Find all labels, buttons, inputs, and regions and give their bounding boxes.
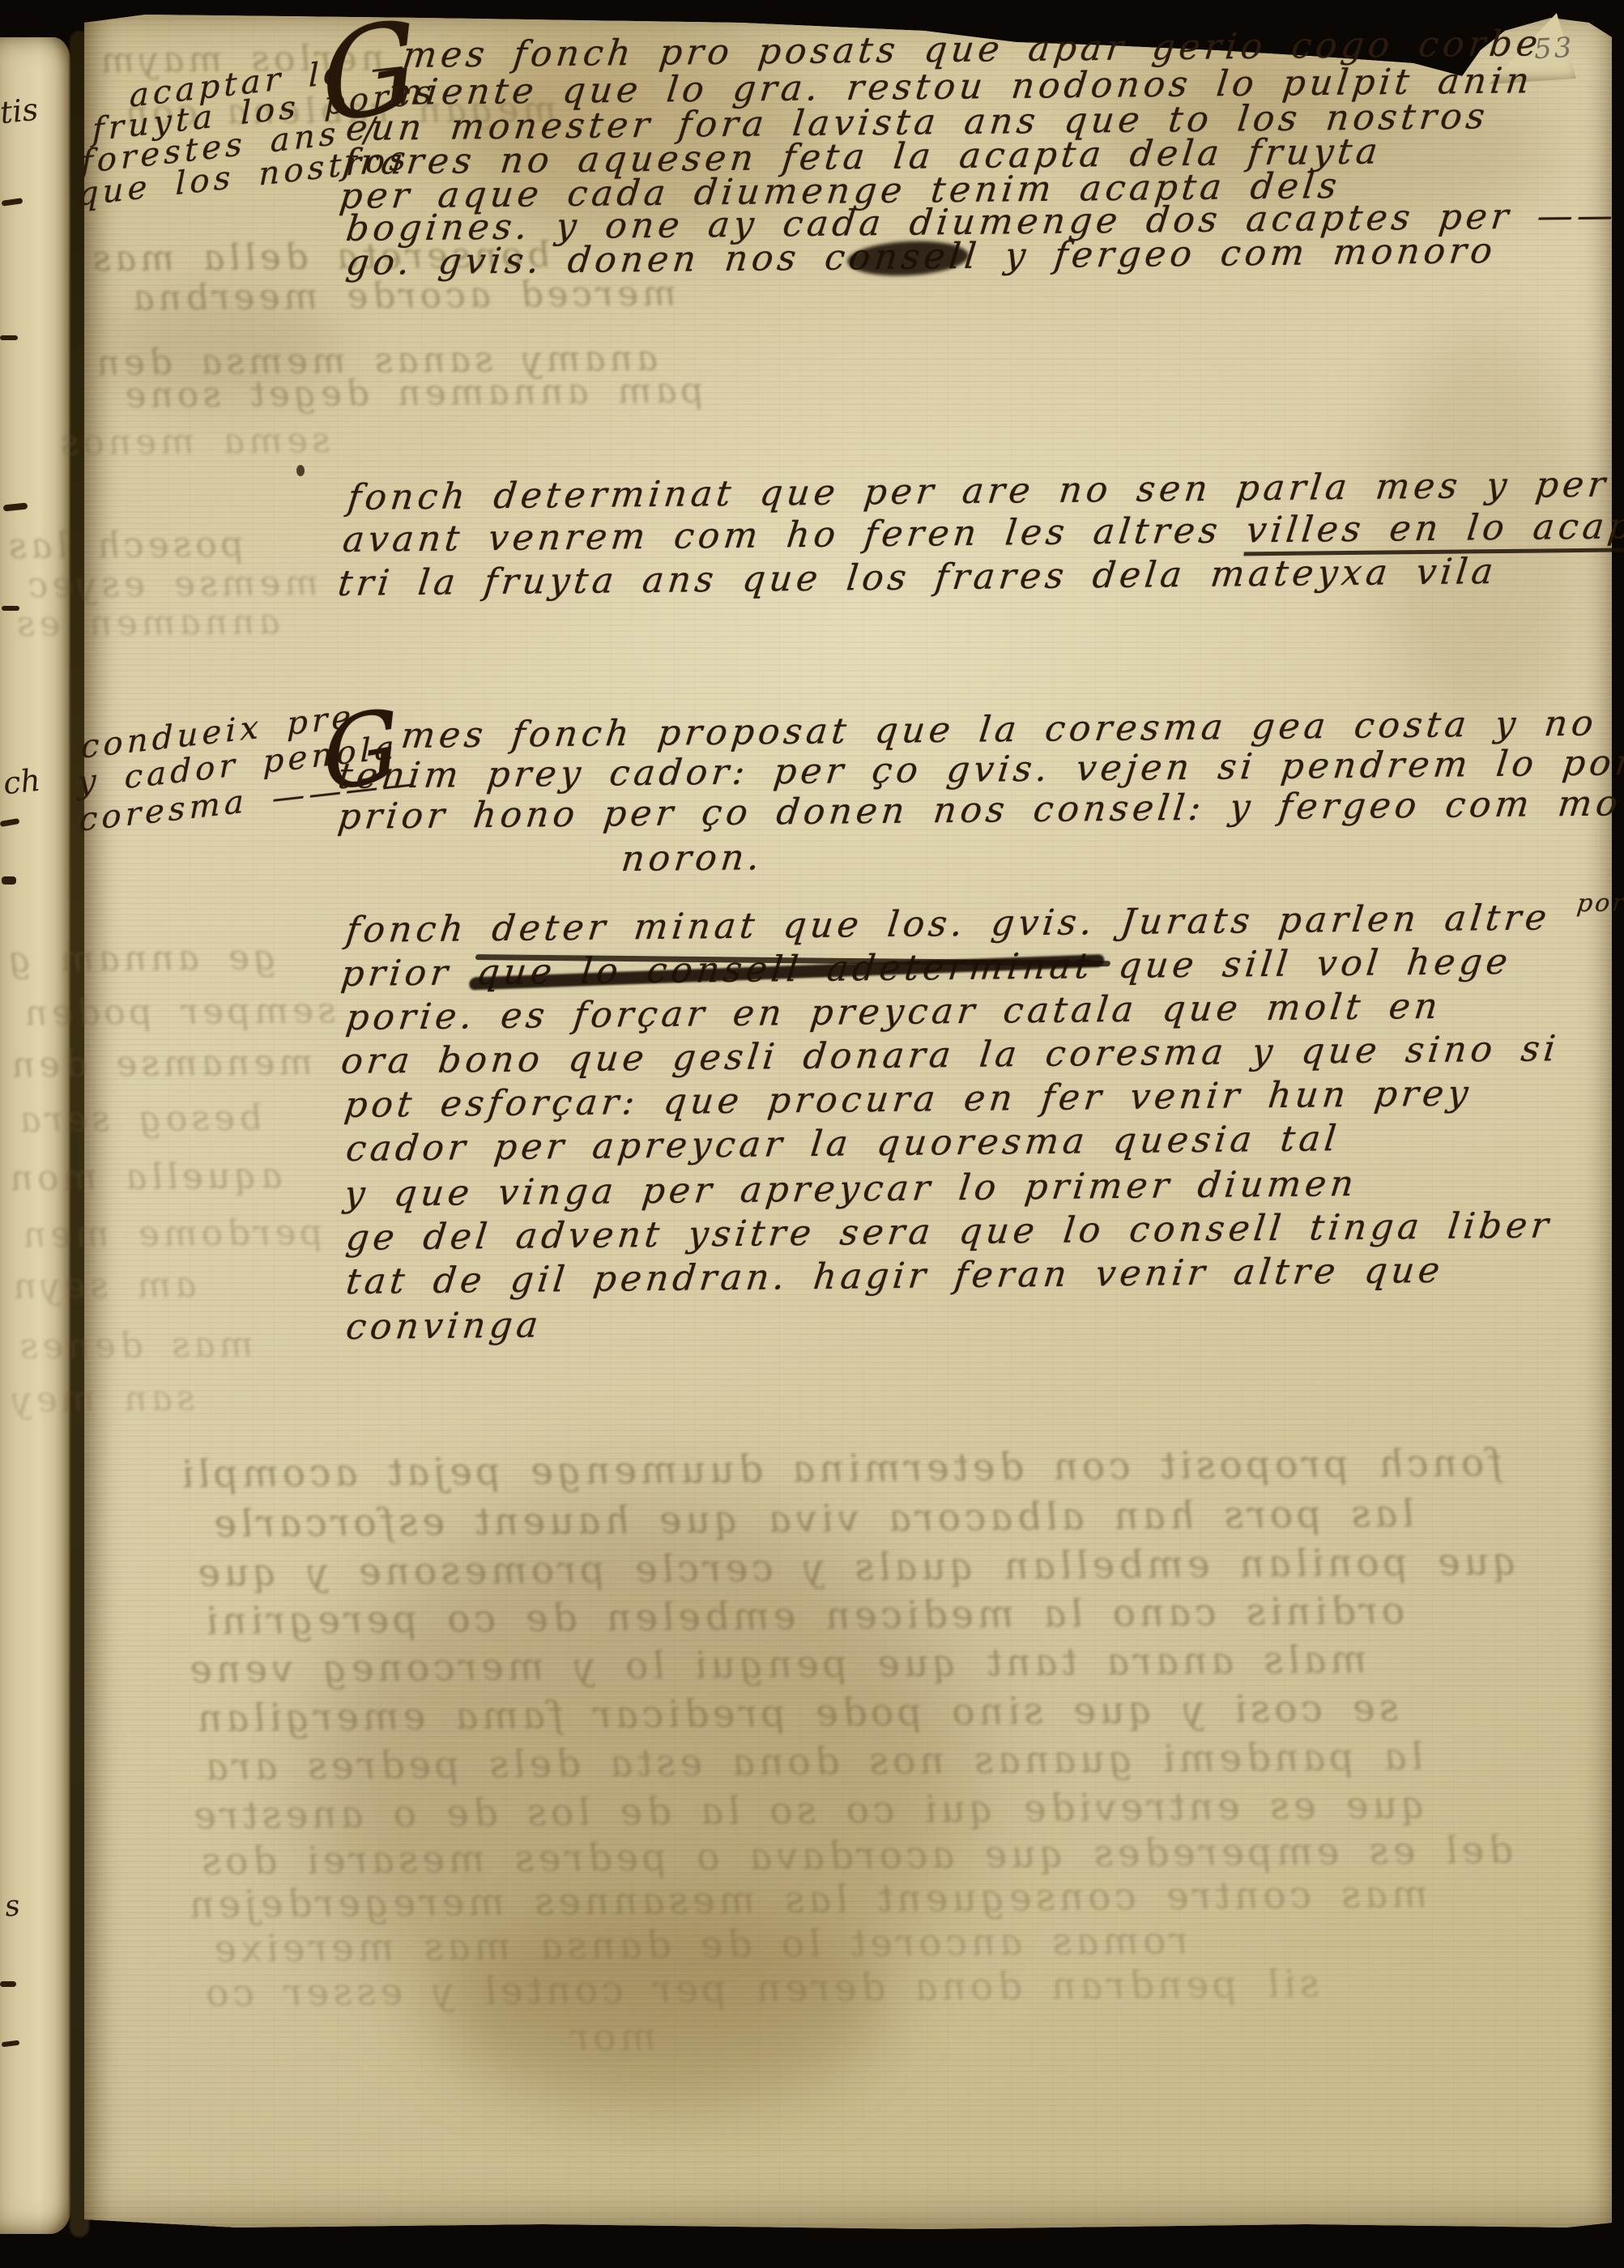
show-through-line: que ponilan embellan quals y cercle prom… bbox=[192, 1543, 1520, 1592]
show-through-line: las pors han albacora viva que hauent es… bbox=[208, 1495, 1416, 1544]
show-through-line: se cosi y que sino pode predicar fama em… bbox=[192, 1690, 1400, 1738]
show-through-line: mas contre conseguent las mesannes mereg… bbox=[184, 1875, 1430, 1924]
show-through-line: semper poden bbox=[19, 993, 338, 1031]
show-through-line: romas ancoret lo de dansa mas mereixe bbox=[208, 1922, 1190, 1969]
spine-ink-mark bbox=[0, 1981, 16, 1987]
show-through-line: la pandemi guanas nos dona esta dels ped… bbox=[200, 1737, 1425, 1786]
spine-text-fragment: tis bbox=[0, 94, 40, 129]
manuscript-line: convinga bbox=[344, 1307, 544, 1346]
struck-text: que lo consell adeterminat bbox=[475, 945, 1096, 993]
show-through-line: sema menos bbox=[55, 424, 332, 462]
spine-ink-mark bbox=[0, 335, 18, 340]
show-through-line: memse esyec bbox=[23, 565, 321, 603]
show-through-line: am seyn bbox=[8, 1268, 198, 1305]
show-through-line: mas denes bbox=[15, 1328, 255, 1366]
underlined-text: villes en lo acap bbox=[1243, 505, 1624, 556]
show-through-line: fonch proposit con determina duumenge pe… bbox=[176, 1444, 1504, 1494]
superscript-text: pora bbox=[1575, 889, 1624, 918]
manuscript-line: noron. bbox=[620, 839, 765, 878]
show-through-line: mals anara tant que pengui lo y merconeg… bbox=[184, 1641, 1369, 1690]
show-through-line: san mey bbox=[6, 1381, 197, 1418]
show-through-line: besog sera bbox=[15, 1101, 264, 1139]
show-through-line: sil pendran dona deren per contel y esse… bbox=[200, 1965, 1321, 2013]
show-through-line: mor bbox=[565, 2019, 659, 2057]
line-text: prior bbox=[339, 952, 480, 995]
show-through-line: ordinis cano la medicen embelen de co pe… bbox=[200, 1592, 1407, 1641]
show-through-line: posech las bbox=[3, 527, 246, 565]
show-through-line: pam annamen deget sone bbox=[120, 373, 706, 414]
manuscript-scan: tis ch s nerlos maym megan rablena con b… bbox=[0, 0, 1624, 2268]
ink-dot bbox=[296, 465, 305, 476]
show-through-line: perdome men bbox=[18, 1215, 325, 1253]
show-through-line: ge annam g bbox=[3, 940, 279, 978]
show-through-line: aquella mon bbox=[5, 1159, 284, 1197]
spine-text-fragment: s bbox=[3, 1891, 21, 1922]
spine-ink-mark bbox=[2, 876, 16, 885]
line-text: que sill vol hege bbox=[1091, 941, 1514, 987]
show-through-line: annamen es bbox=[11, 605, 282, 643]
show-through-line: que es entrevide qui co so la de los de … bbox=[188, 1786, 1427, 1835]
show-through-line: menamse den bbox=[6, 1045, 315, 1083]
spine-text-fragment: ch bbox=[2, 765, 41, 799]
